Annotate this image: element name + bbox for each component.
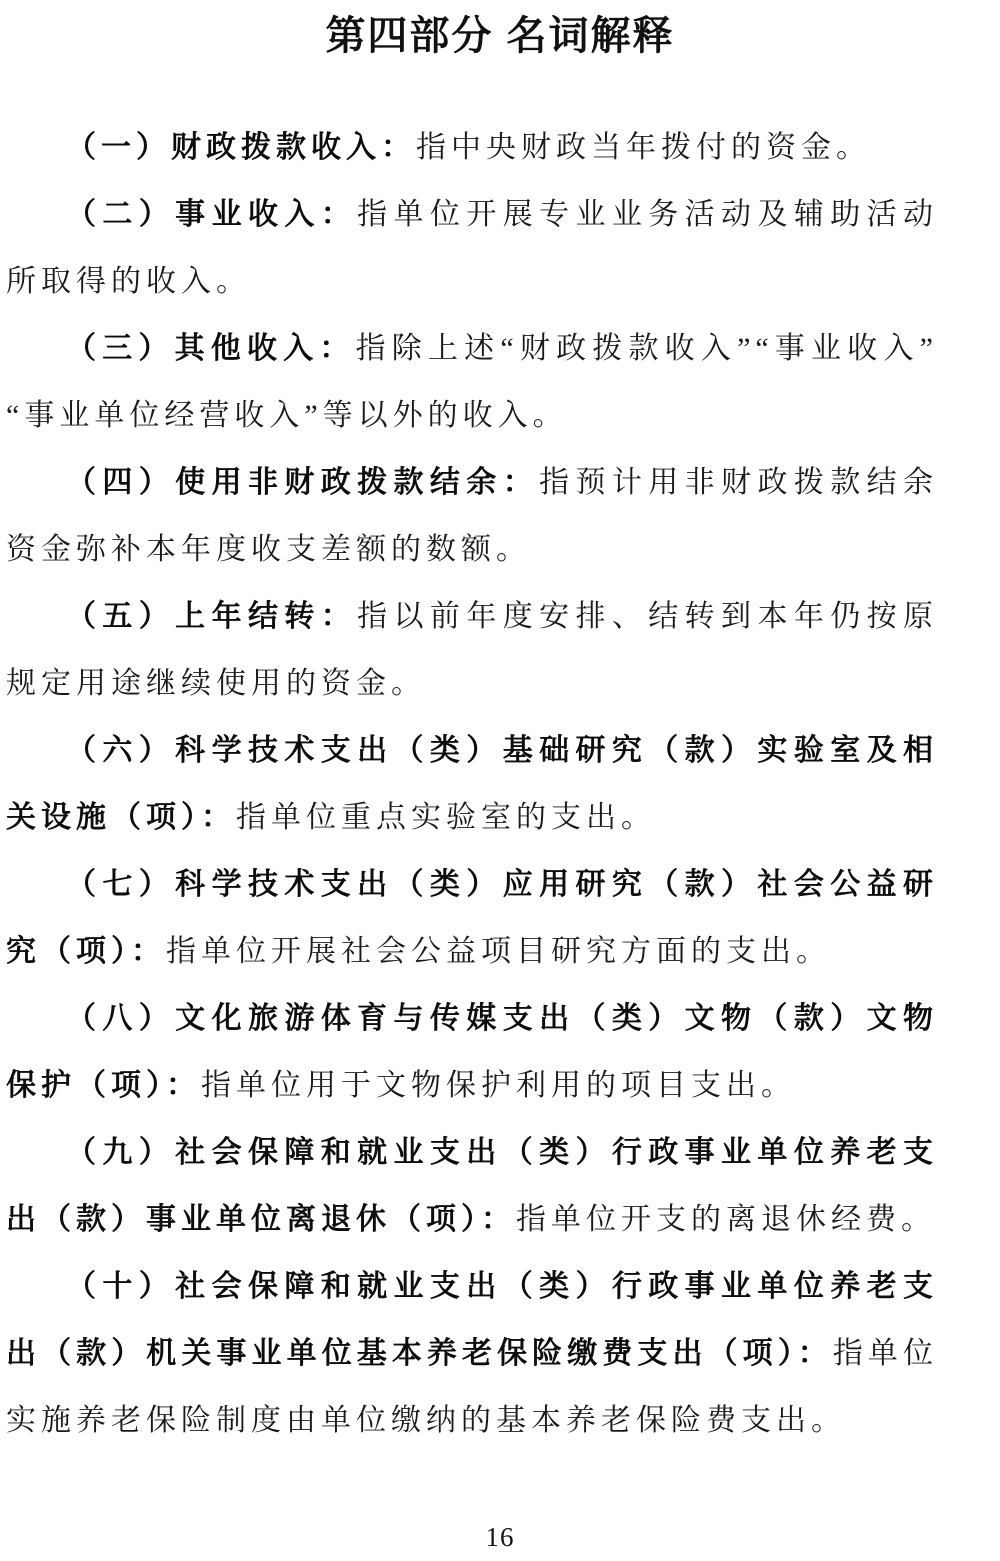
glossary-definition: 指单位开展社会公益项目研究方面的支出。 — [166, 935, 831, 968]
glossary-term: （五）上年结转： — [66, 600, 357, 633]
glossary-definition: 指中央财政当年拨付的资金。 — [416, 131, 871, 164]
glossary-paragraph: （五）上年结转：指以前年度安排、结转到本年仍按原规定用途继续使用的资金。 — [6, 583, 938, 717]
glossary-paragraph: （一）财政拨款收入：指中央财政当年拨付的资金。 — [6, 114, 938, 181]
glossary-paragraph: （八）文化旅游体育与传媒支出（类）文物（款）文物保护（项）：指单位用于文物保护利… — [6, 985, 938, 1119]
glossary-term: （一）财政拨款收入： — [66, 131, 416, 164]
glossary-paragraph: （二）事业收入：指单位开展专业业务活动及辅助活动所取得的收入。 — [6, 181, 938, 315]
glossary-term: （三）其他收入： — [66, 332, 356, 365]
glossary-paragraph: （七）科学技术支出（类）应用研究（款）社会公益研究（项）：指单位开展社会公益项目… — [6, 851, 938, 985]
glossary-term: （十）社会保障和就业支出（类）行政事业单位养老支出（款）机关事业单位基本养老保险… — [6, 1270, 938, 1370]
glossary-paragraph: （四）使用非财政拨款结余：指预计用非财政拨款结余资金弥补本年度收支差额的数额。 — [6, 449, 938, 583]
page-title: 第四部分 名词解释 — [0, 0, 1000, 60]
page-number: 16 — [0, 1522, 1000, 1553]
glossary-term: （二）事业收入： — [66, 198, 357, 231]
glossary-definition: 指单位用于文物保护利用的项目支出。 — [201, 1069, 796, 1102]
glossary-body: （一）财政拨款收入：指中央财政当年拨付的资金。（二）事业收入：指单位开展专业业务… — [6, 60, 938, 1454]
glossary-paragraph: （六）科学技术支出（类）基础研究（款）实验室及相关设施（项）：指单位重点实验室的… — [6, 717, 938, 851]
glossary-definition: 指单位重点实验室的支出。 — [236, 801, 656, 834]
document-page: 第四部分 名词解释 （一）财政拨款收入：指中央财政当年拨付的资金。（二）事业收入… — [0, 0, 1000, 1561]
glossary-definition: 指单位开支的离退休经费。 — [516, 1203, 936, 1236]
glossary-paragraph: （三）其他收入：指除上述“财政拨款收入”“事业收入”“事业单位经营收入”等以外的… — [6, 315, 938, 449]
glossary-paragraph: （十）社会保障和就业支出（类）行政事业单位养老支出（款）机关事业单位基本养老保险… — [6, 1253, 938, 1454]
glossary-paragraph: （九）社会保障和就业支出（类）行政事业单位养老支出（款）事业单位离退休（项）：指… — [6, 1119, 938, 1253]
glossary-term: （四）使用非财政拨款结余： — [66, 466, 539, 499]
